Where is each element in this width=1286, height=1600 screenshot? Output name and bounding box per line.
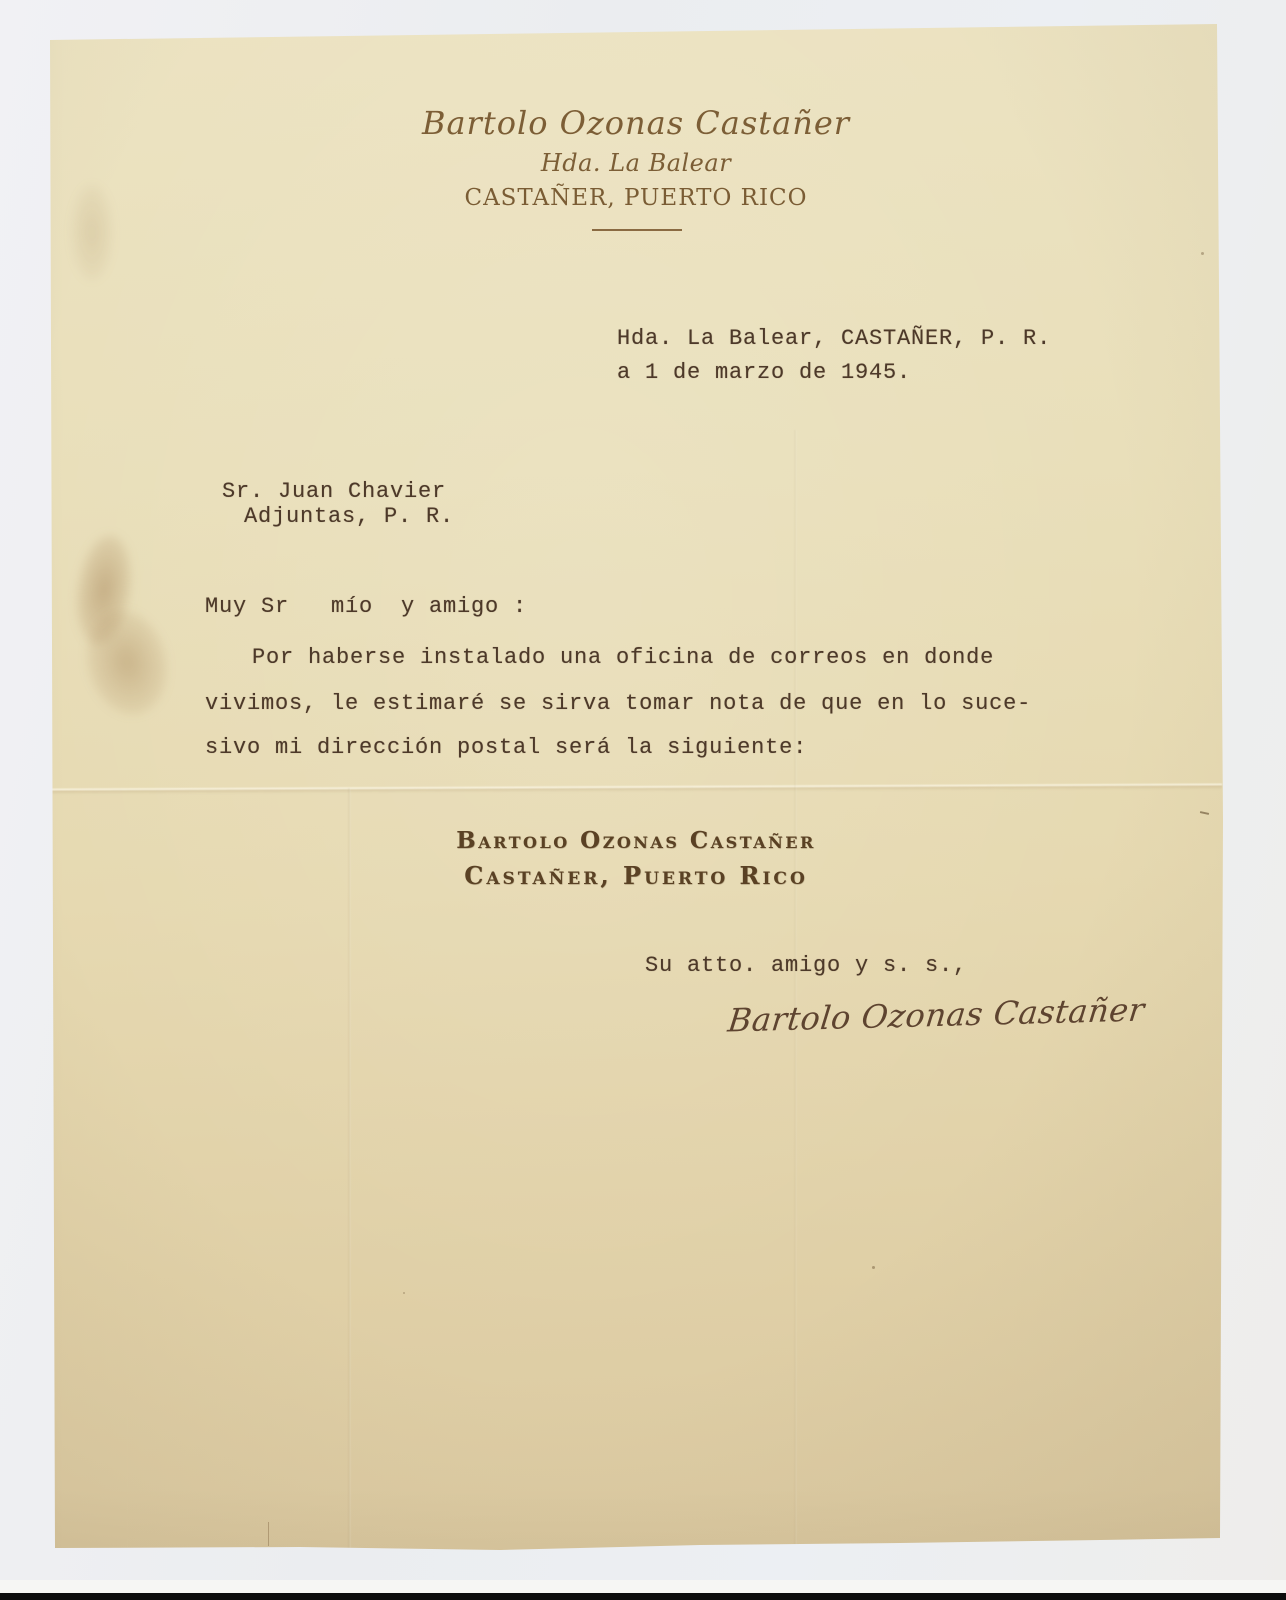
paper-speck xyxy=(872,1266,875,1269)
postal-address-name: Bartolo Ozonas Castañer xyxy=(50,827,1222,854)
dateline-date: a 1 de marzo de 1945. xyxy=(617,360,911,386)
paper-crack xyxy=(268,1522,269,1546)
photo-bottom-light-strip xyxy=(0,1580,1286,1593)
photo-bottom-black-edge xyxy=(0,1593,1286,1600)
letter-paper: Bartolo Ozonas Castañer Hda. La Balear C… xyxy=(0,0,1286,1600)
paper-speck xyxy=(403,1292,405,1294)
letterhead-estate: Hda. La Balear xyxy=(50,149,1222,178)
letterhead-city: CASTAÑER, PUERTO RICO xyxy=(50,185,1222,213)
dateline-place: Hda. La Balear, CASTAÑER, P. R. xyxy=(617,326,1051,352)
closing: Su atto. amigo y s. s., xyxy=(645,953,967,979)
recipient-name: Sr. Juan Chavier xyxy=(222,479,446,505)
recipient-city: Adjuntas, P. R. xyxy=(244,504,454,530)
paper-shading xyxy=(0,0,1286,1600)
vertical-fold-crease xyxy=(348,788,351,1548)
body-line: vivimos, le estimaré se sirva tomar nota… xyxy=(205,691,1031,717)
body-line: sivo mi dirección postal será la siguien… xyxy=(205,735,807,761)
letterhead-name: Bartolo Ozonas Castañer xyxy=(50,104,1222,142)
salutation: Muy Sr mío y amigo : xyxy=(205,594,527,620)
postal-address-city: Castañer, Puerto Rico xyxy=(50,861,1222,890)
body-line: Por haberse instalado una oficina de cor… xyxy=(252,645,994,671)
vertical-fold-crease xyxy=(794,430,797,1545)
paper-speck xyxy=(1201,252,1204,255)
letterhead-divider xyxy=(592,229,682,231)
